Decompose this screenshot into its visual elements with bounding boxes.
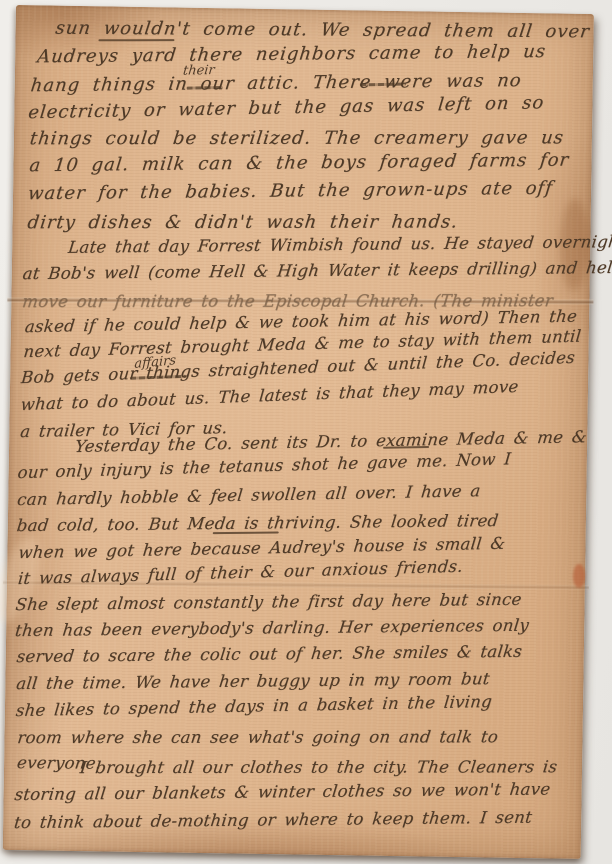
letter-line: she likes to spend the days in a basket … [15, 692, 493, 720]
inserted-word-their: their [182, 63, 215, 79]
letter-line: then has been everybody's darling. Her e… [14, 616, 530, 640]
letter-line: storing all our blankets & winter clothe… [14, 779, 552, 804]
letter-line: to think about de-mothing or where to ke… [13, 808, 533, 832]
scanned-letter-page: sun wouldn't come out. We spread them al… [0, 0, 612, 864]
letter-line: Late that day Forrest Wimbish found us. … [67, 232, 612, 257]
letter-line: electricity or water but the gas was lef… [27, 92, 545, 123]
letter-line: She slept almost constantly the first da… [15, 590, 523, 614]
letter-line: a 10 gal. milk can & the boys foraged fa… [28, 150, 570, 177]
letter-line: Audreys yard there neighbors came to hel… [36, 41, 547, 67]
letter-line: I brought all our clothes to the city. T… [79, 757, 559, 777]
letter-line: hang things in our attic. There were was… [30, 70, 523, 96]
letter-line: can hardly hobble & feel swollen all ove… [16, 481, 481, 509]
letter-line: room where she can see what's going on a… [16, 727, 499, 747]
rust-stain [573, 564, 585, 588]
letter-line: served to scare the colic out of her. Sh… [16, 642, 524, 666]
letter-line: dirty dishes & didn't wash their hands. [26, 211, 459, 233]
letter-line: it was always full of their & our anxiou… [17, 557, 464, 588]
letter-line: at Bob's well (come Hell & High Water it… [22, 258, 612, 284]
underline-thriving [213, 531, 279, 534]
letter-line: water for the babies. But the grown-ups … [27, 178, 554, 205]
letter-paper: sun wouldn't come out. We spread them al… [3, 5, 594, 859]
underline-wouldnt [98, 39, 174, 41]
letter-line: things could be sterilized. The creamery… [29, 127, 566, 149]
letter-line: all the time. We have her buggy up in my… [15, 669, 491, 693]
